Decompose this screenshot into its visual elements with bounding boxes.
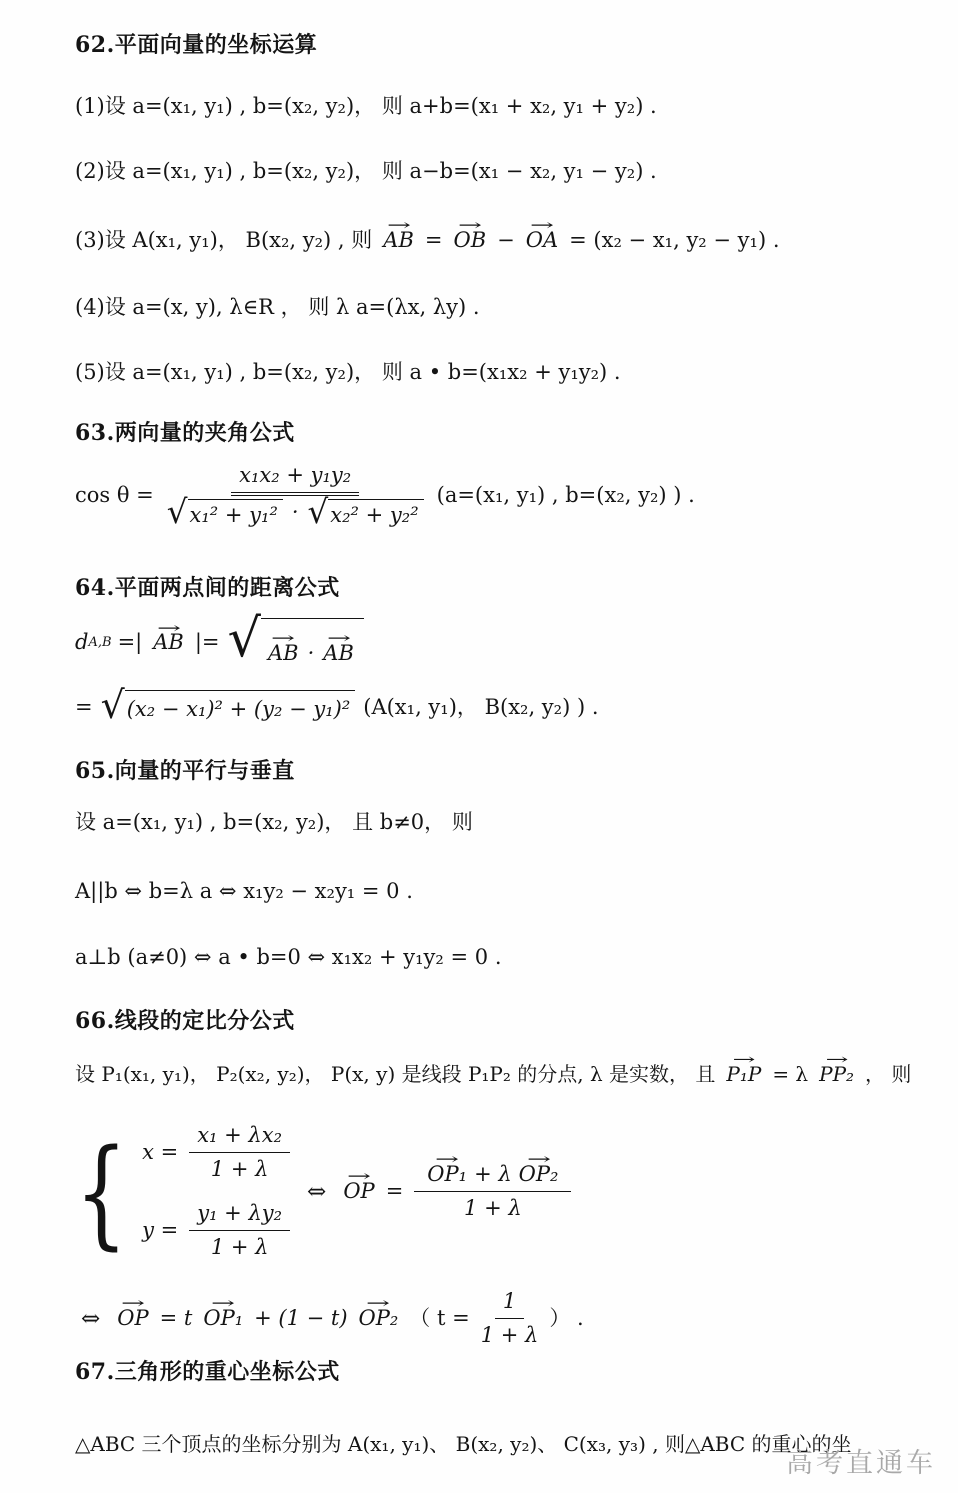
fraction-numerator: y₁ + λy₂ [189,1200,290,1231]
vector-label: OB [454,228,487,252]
vector-label: OP [343,1179,374,1203]
formula-66-system: { x = x₁ + λx₂ 1 + λ y = y₁ + λy₂ 1 + λ … [75,1122,576,1261]
radicand: x₂² + y₂² [328,499,423,529]
system-brace: { [75,1133,128,1251]
fraction-denominator: 1 + λ [464,1192,522,1222]
formula-text: = (x₂ − x₁, y₂ − y₁) . [569,226,779,255]
vector-label: OP₂ [359,1306,399,1330]
vector-OP1: OP₁ [425,1161,469,1188]
equation-column: x = x₁ + λx₂ 1 + λ y = y₁ + λy₂ 1 + λ [142,1122,295,1261]
vector-OP: OP [115,1304,150,1333]
formula-63-cos: cos θ = x₁x₂ + y₁y₂ x₁² + y₁² · x₂² + y₂… [75,462,695,530]
sqrt: x₂² + y₂² [308,499,424,529]
section-64-heading: 64.平面两点间的距离公式 [75,573,340,604]
radical-icon [228,618,261,660]
sqrt: AB · AB [228,618,364,668]
equals-sign: = [425,226,443,255]
paren-t-equals: （ t = [409,1304,469,1333]
vector-PP2: PP₂ [817,1060,856,1088]
vector-OP2: OP₂ [517,1161,561,1188]
vector-label: OP [117,1306,148,1330]
vector-label: OP₁ [427,1162,467,1186]
vector-label: AB [153,630,184,654]
fraction-denominator: 1 + λ [481,1319,539,1349]
fraction-numerator: OP₁ + λ OP₂ [414,1161,571,1192]
equals-sign: = [386,1177,404,1206]
radicand: AB · AB [261,618,364,668]
radical-icon [167,499,188,527]
fraction-denominator: 1 + λ [211,1231,269,1261]
vector-OP1: OP₁ [201,1304,245,1333]
formula-62-2: (2)设 a=(x₁, y₁) , b=(x₂, y₂)， 则 a−b=(x₁ … [75,157,657,186]
vector-OB: OB [452,226,489,255]
vector-OP2: OP₂ [357,1304,401,1333]
formula-text: 设 P₁(x₁, y₁)， P₂(x₂, y₂)， P(x, y) 是线段 P₁… [75,1060,715,1088]
bar-equals: |= [195,628,220,657]
formula-62-5: (5)设 a=(x₁, y₁) , b=(x₂, y₂)， 则 a • b=(x… [75,358,621,387]
formula-65-3: a⊥b (a≠0) ⇔ a • b=0 ⇔ x₁x₂ + y₁y₂ = 0 . [75,943,502,972]
formula-62-4: (4)设 a=(x, y), λ∈R ， 则 λ a=(λx, λy) . [75,293,480,322]
equals-bar: =| [118,628,143,657]
vector-label: P₁P [726,1062,761,1086]
vector-label: AB [268,641,299,665]
sqrt: x₁² + y₁² [167,499,283,529]
formula-64-2: = (x₂ − x₁)² + (y₂ − y₁)² (A(x₁, y₁)， B(… [75,690,599,724]
radicand: (x₂ − x₁)² + (y₂ − y₁)² [125,690,356,724]
iff-symbol: ⇔ [81,1303,100,1335]
section-63-heading: 63.两向量的夹角公式 [75,418,295,449]
formula-64-1: dA,B =| AB |= AB · AB [75,618,366,668]
plus-one-minus-t: + (1 − t) [254,1304,347,1333]
vector-AB: AB [266,639,301,668]
formula-65-1: 设 a=(x₁, y₁) , b=(x₂, y₂)， 且 b≠0， 则 [75,808,473,837]
equation-x: x = x₁ + λx₂ 1 + λ [142,1122,295,1184]
formula-text: ， 则 [865,1060,911,1088]
fraction: x₁ + λx₂ 1 + λ [189,1122,290,1184]
fraction-denominator: 1 + λ [211,1153,269,1183]
radical-icon [308,499,329,527]
radicand: x₁² + y₁² [188,499,283,529]
section-67-heading: 67.三角形的重心坐标公式 [75,1357,340,1388]
condition-text: (A(x₁, y₁)， B(x₂, y₂) ) . [363,693,598,722]
formula-65-2: A||b ⇔ b=λ a ⇔ x₁y₂ − x₂y₁ = 0 . [75,877,413,906]
vector-P1P: P₁P [724,1060,763,1088]
fraction: x₁x₂ + y₁y₂ x₁² + y₁² · x₂² + y₂² [165,462,426,530]
fraction: y₁ + λy₂ 1 + λ [189,1200,290,1262]
formula-62-3: (3)设 A(x₁, y₁)， B(x₂, y₂) , 则 AB = OB − … [75,226,780,255]
section-65-heading: 65.向量的平行与垂直 [75,756,295,787]
equals-t: = t [160,1304,193,1333]
cos-condition: (a=(x₁, y₁) , b=(x₂, y₂) ) . [437,481,695,510]
d-symbol: d [75,628,88,657]
plus-lambda: + λ [474,1161,512,1188]
equation-y: y = y₁ + λy₂ 1 + λ [142,1200,295,1262]
vector-AB: AB [151,628,186,657]
vector-label: OP₁ [203,1306,243,1330]
iff-symbol: ⇔ [307,1176,326,1208]
formula-67-1: △ABC 三个顶点的坐标分别为 A(x₁, y₁)、 B(x₂, y₂)、 C(… [75,1430,852,1458]
radical-icon [101,690,125,721]
formula-sheet-page: 62.平面向量的坐标运算 (1)设 a=(x₁, y₁) , b=(x₂, y₂… [0,0,958,1493]
vector-label: AB [383,228,414,252]
watermark: 高考直通车 [786,1441,936,1480]
vector-AB: AB [321,639,356,668]
vector-OP: OP [341,1177,376,1206]
vector-label: OA [526,228,558,252]
formula-62-1: (1)设 a=(x₁, y₁) , b=(x₂, y₂)， 则 a+b=(x₁ … [75,92,657,121]
fraction: 1 1 + λ [481,1288,539,1350]
dot-operator: · [292,499,299,526]
minus-sign: − [497,226,515,255]
cos-lhs: cos θ = [75,481,154,510]
vector-label: PP₂ [819,1062,854,1086]
equals-sign: = [75,693,93,722]
vector-label: OP₂ [519,1162,559,1186]
d-subscript: A,B [88,634,111,652]
equals-lambda: = λ [772,1060,808,1088]
lhs: x = [142,1138,178,1167]
formula-text: (3)设 A(x₁, y₁)， B(x₂, y₂) , 则 [75,226,372,255]
vector-OA: OA [524,226,560,255]
sqrt: (x₂ − x₁)² + (y₂ − y₁)² [101,690,356,724]
paren-close: ） . [549,1304,583,1333]
fraction-numerator: 1 [495,1288,524,1319]
lhs: y = [142,1216,178,1245]
fraction-denominator: x₁² + y₁² · x₂² + y₂² [165,496,426,529]
fraction: OP₁ + λ OP₂ 1 + λ [414,1161,571,1223]
dot-operator: · [308,639,315,668]
section-62-heading: 62.平面向量的坐标运算 [75,30,317,61]
section-66-heading: 66.线段的定比分公式 [75,1006,295,1037]
distance-symbol: dA,B [75,628,112,657]
vector-label: AB [323,641,354,665]
fraction-numerator: x₁x₂ + y₁y₂ [231,462,359,496]
fraction-numerator: x₁ + λx₂ [189,1122,290,1153]
formula-66-intro: 设 P₁(x₁, y₁)， P₂(x₂, y₂)， P(x, y) 是线段 P₁… [75,1060,911,1088]
formula-66-3: ⇔ OP = t OP₁ + (1 − t) OP₂ （ t = 1 1 + λ… [75,1288,584,1350]
vector-AB: AB [381,226,416,255]
